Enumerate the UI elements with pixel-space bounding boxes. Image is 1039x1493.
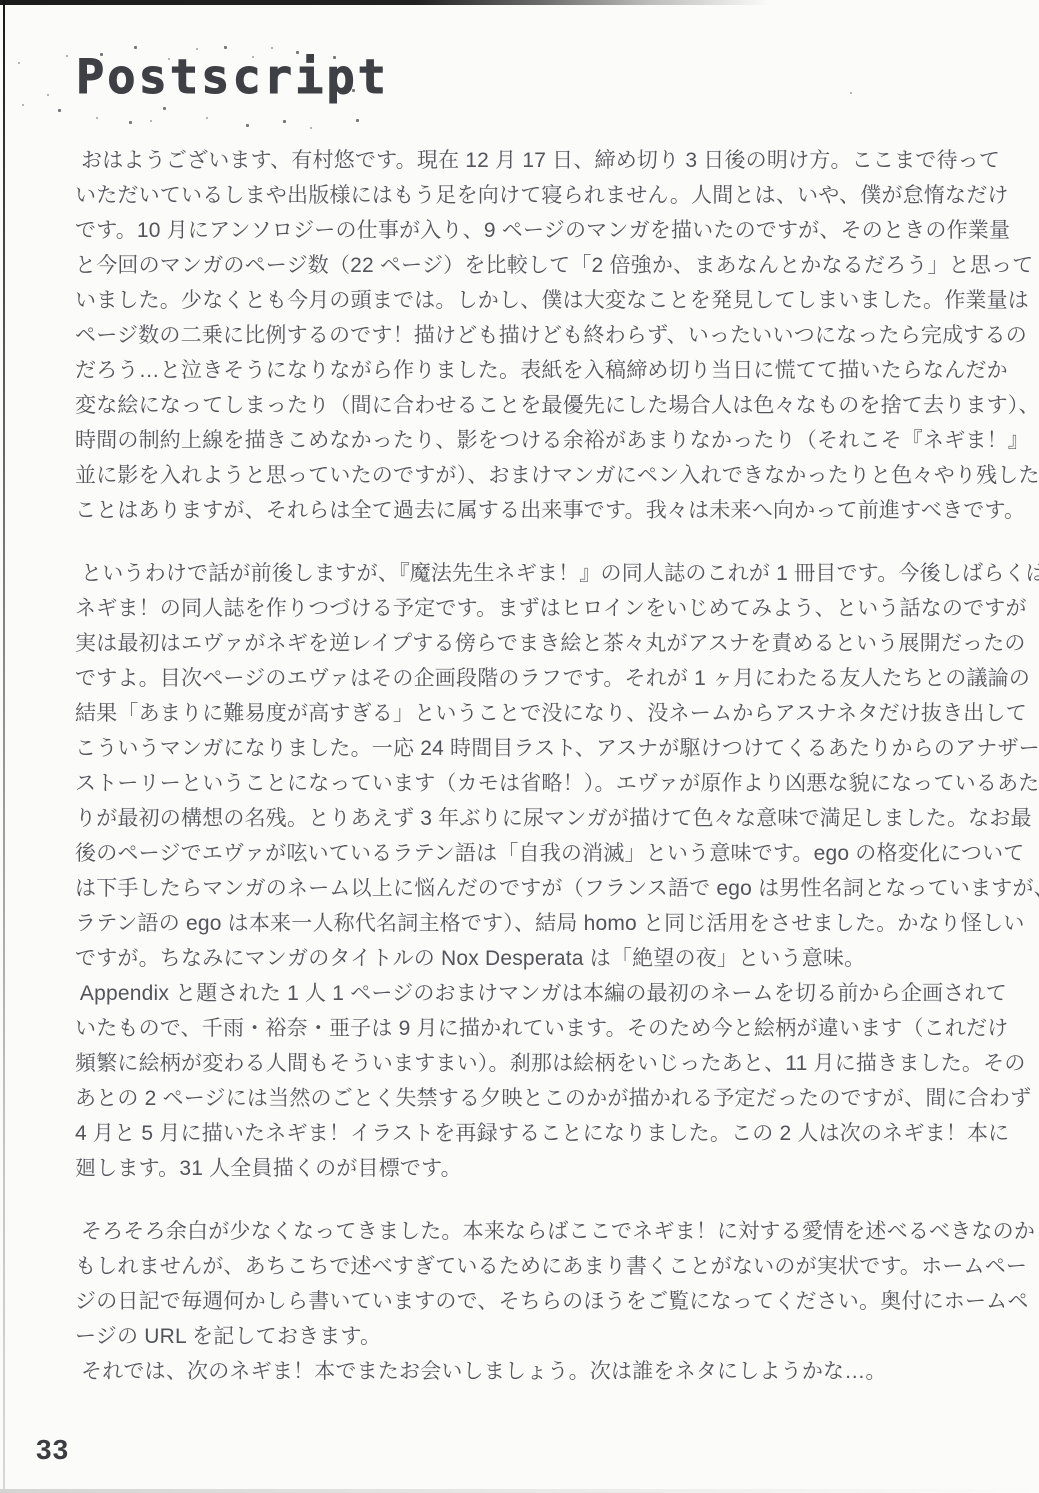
noise-dot xyxy=(371,67,373,69)
noise-dot xyxy=(271,47,273,49)
text-line: ですよ。目次ページのエヴァはその企画段階のラフです。それが 1 ヶ月にわたる友人… xyxy=(75,661,990,696)
text-line: 後のページでエヴァが呟いているラテン語は「自我の消滅」という意味です。ego の… xyxy=(75,836,990,871)
noise-dot xyxy=(163,107,166,110)
noise-dot xyxy=(150,120,152,122)
noise-dot xyxy=(310,127,312,129)
text-line: Appendix と題された 1 人 1 ページのおまけマンガは本編の最初のネー… xyxy=(75,976,990,1011)
paragraph: おはようございます、有村悠です。現在 12 月 17 日、締め切り 3 日後の明… xyxy=(75,143,990,528)
text-line: 実は最初はエヴァがネギを逆レイプする傍らでまき絵と茶々丸がアスナを責めるという展… xyxy=(75,626,990,661)
text-line: こういうマンガになりました。一応 24 時間目ラスト、アスナが駆けつけてくるあた… xyxy=(75,731,990,766)
noise-dot xyxy=(196,48,198,50)
text-line: ページ数の二乗に比例するのです！描けども描けども終わらず、いったいいつになったら… xyxy=(75,318,990,353)
noise-dot xyxy=(356,119,359,122)
page-title: Postscript xyxy=(76,50,389,105)
text-line: もしれませんが、あちこちで述べすぎているためにあまり書くことがないのが実状です。… xyxy=(75,1249,990,1284)
text-line: 頻繁に絵柄が変わる人間もそういますまい）。刹那は絵柄をいじったあと、11 月に描… xyxy=(75,1046,990,1081)
scan-edge-bottom xyxy=(0,1489,1039,1493)
noise-dot xyxy=(22,104,24,106)
scan-edge-top xyxy=(0,0,1039,5)
noise-dot xyxy=(312,61,314,63)
text-line: 時間の制約上線を描きこめなかったり、影をつける余裕があまりなかったり（それこそ『… xyxy=(75,423,990,458)
text-line: りが最初の構想の名残。とりあえず 3 年ぶりに尿マンガが描けて色々な意味で満足し… xyxy=(75,801,990,836)
text-line: というわけで話が前後しますが、『魔法先生ネギま！』の同人誌のこれが 1 冊目です… xyxy=(75,556,990,591)
noise-dot xyxy=(224,46,227,49)
text-line: と今回のマンガのページ数（22 ページ）を比較して「2 倍強か、まあなんとかなる… xyxy=(75,248,990,283)
noise-dot xyxy=(252,56,254,58)
text-line: いました。少なくとも今月の頭までは。しかし、僕は大変なことを発見してしまいました… xyxy=(75,283,990,318)
noise-dot xyxy=(206,117,208,119)
paragraph: そろそろ余白が少なくなってきました。本来ならばここでネギま！に対する愛情を述べる… xyxy=(75,1214,990,1389)
text-line: 廻します。31 人全員描くのが目標です。 xyxy=(75,1151,990,1186)
noise-dot xyxy=(47,94,49,96)
noise-dot xyxy=(129,121,132,124)
noise-dot xyxy=(58,109,61,112)
text-line: ことはありますが、それらは全て過去に属する出来事です。我々は未来へ向かって前進す… xyxy=(75,493,990,528)
text-line: そろそろ余白が少なくなってきました。本来ならばここでネギま！に対する愛情を述べる… xyxy=(75,1214,990,1249)
text-line: 結果「あまりに難易度が高すぎる」ということで没になり、没ネームからアスナネタだけ… xyxy=(75,696,990,731)
text-line: それでは、次のネギま！本でまたお会いしましょう。次は誰をネタにしようかな…。 xyxy=(75,1354,990,1389)
text-line: ですが。ちなみにマンガのタイトルの Nox Desperata は「絶望の夜」と… xyxy=(75,941,990,976)
noise-dot xyxy=(118,70,120,72)
text-line: 並に影を入れようと思っていたのですが）、おまけマンガにペン入れできなかったりと色… xyxy=(75,458,990,493)
text-line: ネギま！の同人誌を作りつづける予定です。まずはヒロインをいじめてみよう、という話… xyxy=(75,591,990,626)
noise-dot xyxy=(283,120,286,123)
text-line: ストーリーということになっています（カモは省略！）。エヴァが原作より凶悪な貌にな… xyxy=(75,766,990,801)
text-line: いただいているしまや出版様にはもう足を向けて寝られません。人間とは、いや、僕が怠… xyxy=(75,178,990,213)
text-line: おはようございます、有村悠です。現在 12 月 17 日、締め切り 3 日後の明… xyxy=(75,143,990,178)
text-line: ジの日記で毎週何かしら書いていますので、そちらのほうをご覧になってください。奥付… xyxy=(75,1284,990,1319)
noise-dot xyxy=(100,53,103,56)
noise-dot xyxy=(246,124,249,127)
noise-dot xyxy=(352,89,355,92)
text-line: だろう…と泣きそうになりながら作りました。表紙を入稿締め切り当日に慌てて描いたら… xyxy=(75,353,990,388)
text-line: あとの 2 ページには当然のごとく失禁する夕映とこのかが描かれる予定だったのです… xyxy=(75,1081,990,1116)
noise-dot xyxy=(18,62,20,64)
scan-edge-left xyxy=(3,0,5,1493)
text-line: は下手したらマンガのネーム以上に悩んだのですが（フランス語で ego は男性名詞… xyxy=(75,871,990,906)
page-number: 33 xyxy=(36,1434,69,1466)
noise-dot xyxy=(296,51,299,54)
text-line: です。10 月にアンソロジーの仕事が入り、9 ページのマンガを描いたのですが、そ… xyxy=(75,213,990,248)
noise-dot xyxy=(96,117,98,119)
noise-dot xyxy=(66,55,68,57)
noise-dot xyxy=(333,56,336,59)
paragraph: というわけで話が前後しますが、『魔法先生ネギま！』の同人誌のこれが 1 冊目です… xyxy=(75,556,990,1186)
text-line: 4 月と 5 月に描いたネギま！イラストを再録することになりました。この 2 人… xyxy=(75,1116,990,1151)
text-line: 変な絵になってしまったり（間に合わせることを最優先にした場合人は色々なものを捨て… xyxy=(75,388,990,423)
postscript-page: Postscript おはようございます、有村悠です。現在 12 月 17 日、… xyxy=(0,0,1039,1493)
text-line: いたもので、千雨・裕奈・亜子は 9 月に描かれています。そのため今と絵柄が違いま… xyxy=(75,1011,990,1046)
noise-dot xyxy=(168,58,170,60)
text-line: ラテン語の ego は本来一人称代名詞主格です）、結局 homo と同じ活用をさ… xyxy=(75,906,990,941)
noise-dot xyxy=(134,46,137,49)
text-line: ージの URL を記しておきます。 xyxy=(75,1319,990,1354)
noise-dot xyxy=(850,92,852,94)
